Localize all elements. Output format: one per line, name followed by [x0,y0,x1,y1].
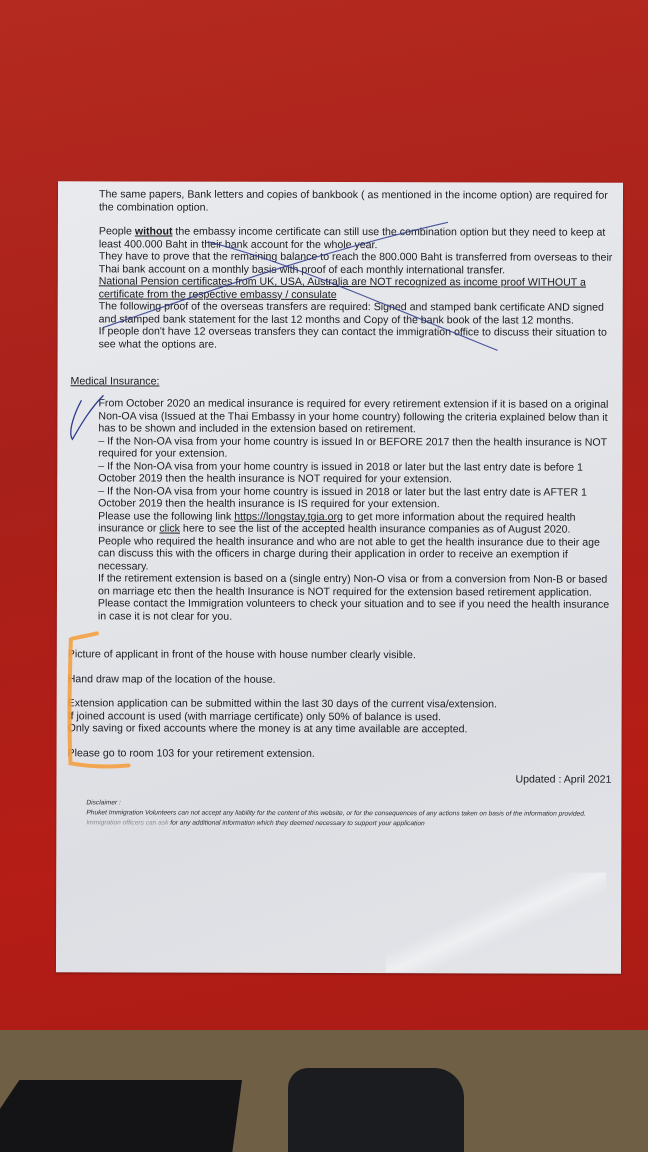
medical-p6: People who required the health insurance… [98,535,618,574]
contact-paragraph: If people don't have 12 overseas transfe… [99,325,619,351]
proof-paragraph: The following proof of the overseas tran… [99,300,619,326]
medical-p7: If the retirement extension is based on … [98,572,618,598]
prove-paragraph: They have to prove that the remaining ba… [99,250,619,276]
requirements-section: Picture of applicant in front of the hou… [68,648,588,760]
medical-p8: Please contact the Immigration volunteer… [98,597,618,623]
medical-p2: – If the Non-OA visa from your home coun… [98,435,618,461]
pension-notice: National Pension certificates from UK, U… [99,275,619,301]
medical-p1: From October 2020 an medical insurance i… [98,397,618,436]
combination-section: People without the embassy income certif… [99,225,619,351]
medical-p5: Please use the following link https://lo… [98,510,618,536]
medical-section: From October 2020 an medical insurance i… [98,397,619,623]
trouser-leg-right [288,1068,464,1152]
medical-insurance-heading: Medical Insurance: [70,375,159,388]
intro-paragraph: The same papers, Bank letters and copies… [99,188,619,214]
longstay-link[interactable]: https://longstay.tgia.org [234,510,343,522]
updated-date: Updated : April 2021 [515,773,611,786]
extension-timing: Extension application can be submitted w… [68,697,588,711]
trouser-leg-left [0,1080,242,1152]
combination-paragraph: People without the embassy income certif… [99,225,619,251]
click-link[interactable]: click [159,523,180,535]
medical-p3: – If the Non-OA visa from your home coun… [98,460,618,486]
disclaimer: Disclaimer : Phuket Immigration Voluntee… [86,798,606,829]
saving-account-note: Only saving or fixed accounts where the … [68,722,588,736]
disclaimer-line2: Immigration officers can ask for any add… [86,818,606,829]
room-instruction: Please go to room 103 for your retiremen… [68,747,588,761]
picture-requirement: Picture of applicant in front of the hou… [68,648,588,662]
document-page: The same papers, Bank letters and copies… [56,181,623,973]
paper-crease [386,872,606,973]
map-requirement: Hand draw map of the location of the hou… [68,673,588,687]
medical-p4: – If the Non-OA visa from your home coun… [98,485,618,511]
without-emphasis: without [135,225,173,237]
